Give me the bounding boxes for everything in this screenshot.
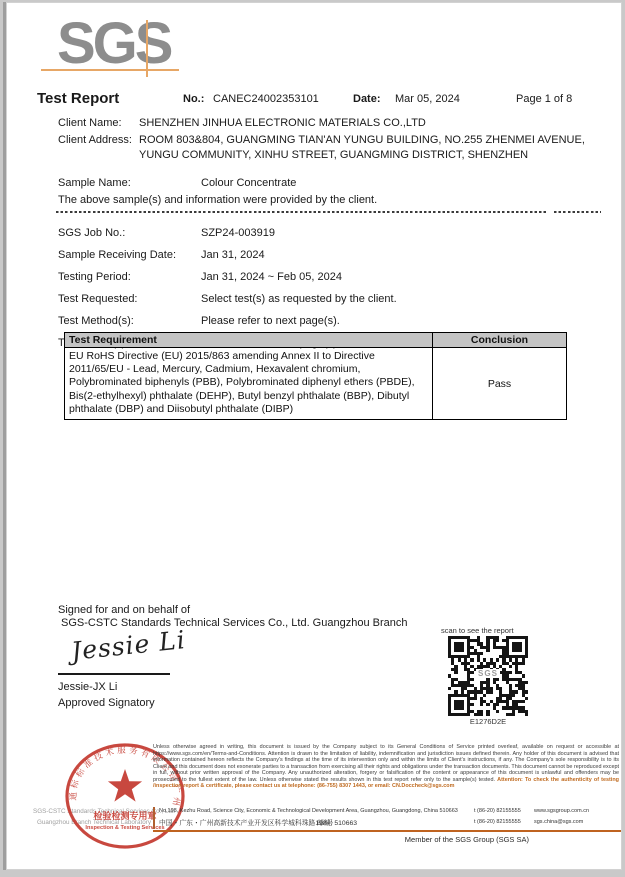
- handwritten-signature: Jessie Li: [70, 625, 187, 666]
- signing-company-line: SGS-CSTC Standards Technical Services Co…: [61, 617, 407, 629]
- test-method-label: Test Method(s):: [58, 315, 134, 327]
- sgs-logo: SGS: [57, 15, 171, 73]
- client-address-label: Client Address:: [58, 134, 132, 146]
- report-date-value: Mar 05, 2024: [395, 93, 460, 105]
- footer-address-cn: 中国・广东・广州高新技术产业开发区科学城科珠路198号: [159, 817, 333, 827]
- results-table-header-row: Test Requirement Conclusion: [65, 333, 567, 348]
- test-requested-value: Select test(s) as requested by the clien…: [201, 293, 397, 305]
- footer-tel-2: t (86-20) 82155555: [474, 819, 521, 825]
- dashed-separator: [56, 211, 547, 213]
- stamp-star-icon: [108, 769, 142, 802]
- footer-postcode: 邮编: 510663: [317, 817, 357, 827]
- conclusion-cell: Pass: [433, 348, 567, 420]
- qr-center-label: SGS: [448, 669, 528, 678]
- footer-tel-1: t (86-20) 82155555: [474, 808, 521, 814]
- qr-caption: scan to see the report: [441, 626, 514, 635]
- qr-code-id: E1276D2E: [448, 717, 528, 726]
- client-address-line1: ROOM 803&804, GUANGMING TIAN'AN YUNGU BU…: [139, 134, 585, 146]
- page-number: Page 1 of 8: [516, 93, 572, 105]
- footer-disclaimer: Unless otherwise agreed in writing, this…: [153, 744, 619, 790]
- signed-for-line: Signed for and on behalf of: [58, 604, 190, 616]
- test-requirement-cell: EU RoHS Directive (EU) 2015/863 amending…: [65, 348, 433, 420]
- test-requirement-header: Test Requirement: [65, 333, 433, 348]
- signatory-title: Approved Signatory: [58, 697, 155, 709]
- report-date-label: Date:: [353, 93, 381, 105]
- job-no-label: SGS Job No.:: [58, 227, 125, 239]
- client-name-label: Client Name:: [58, 117, 122, 129]
- footer-address-en: No.198, Kezhu Road, Science City, Econom…: [159, 808, 458, 814]
- job-no-value: SZP24-003919: [201, 227, 275, 239]
- receiving-date-label: Sample Receiving Date:: [58, 249, 176, 261]
- logo-horizontal-line: [41, 69, 179, 71]
- signatory-name: Jessie-JX Li: [58, 681, 117, 693]
- signature-underline: [58, 673, 170, 675]
- client-address-line2: YUNGU COMMUNITY, XINHU STREET, GUANGMING…: [139, 149, 528, 161]
- testing-period-value: Jan 31, 2024 ~ Feb 05, 2024: [201, 271, 342, 283]
- footer-address-divider: [153, 807, 155, 829]
- table-row: EU RoHS Directive (EU) 2015/863 amending…: [65, 348, 567, 420]
- client-name-value: SHENZHEN JINHUA ELECTRONIC MATERIALS CO.…: [139, 117, 426, 129]
- test-requested-label: Test Requested:: [58, 293, 138, 305]
- footer-email: sgs.china@sgs.com: [534, 819, 583, 825]
- sample-name-label: Sample Name:: [58, 177, 131, 189]
- testing-period-label: Testing Period:: [58, 271, 131, 283]
- dashed-separator-end: [554, 211, 601, 213]
- sgs-member-line: Member of the SGS Group (SGS SA): [351, 835, 529, 844]
- sample-note: The above sample(s) and information were…: [58, 194, 377, 206]
- report-title: Test Report: [37, 90, 119, 107]
- test-method-value: Please refer to next page(s).: [201, 315, 340, 327]
- report-no-value: CANEC24002353101: [213, 93, 319, 105]
- svg-text:检验检测专用章: 检验检测专用章: [93, 810, 156, 822]
- report-no-label: No.:: [183, 93, 204, 105]
- report-page: SGS Test Report No.: CANEC24002353101 Da…: [6, 2, 622, 870]
- receiving-date-value: Jan 31, 2024: [201, 249, 265, 261]
- sample-name-value: Colour Concentrate: [201, 177, 296, 189]
- footer-website: www.sgsgroup.com.cn: [534, 808, 589, 814]
- results-table: Test Requirement Conclusion EU RoHS Dire…: [64, 332, 567, 420]
- footer-orange-rule: [153, 830, 621, 832]
- conclusion-header: Conclusion: [433, 333, 567, 348]
